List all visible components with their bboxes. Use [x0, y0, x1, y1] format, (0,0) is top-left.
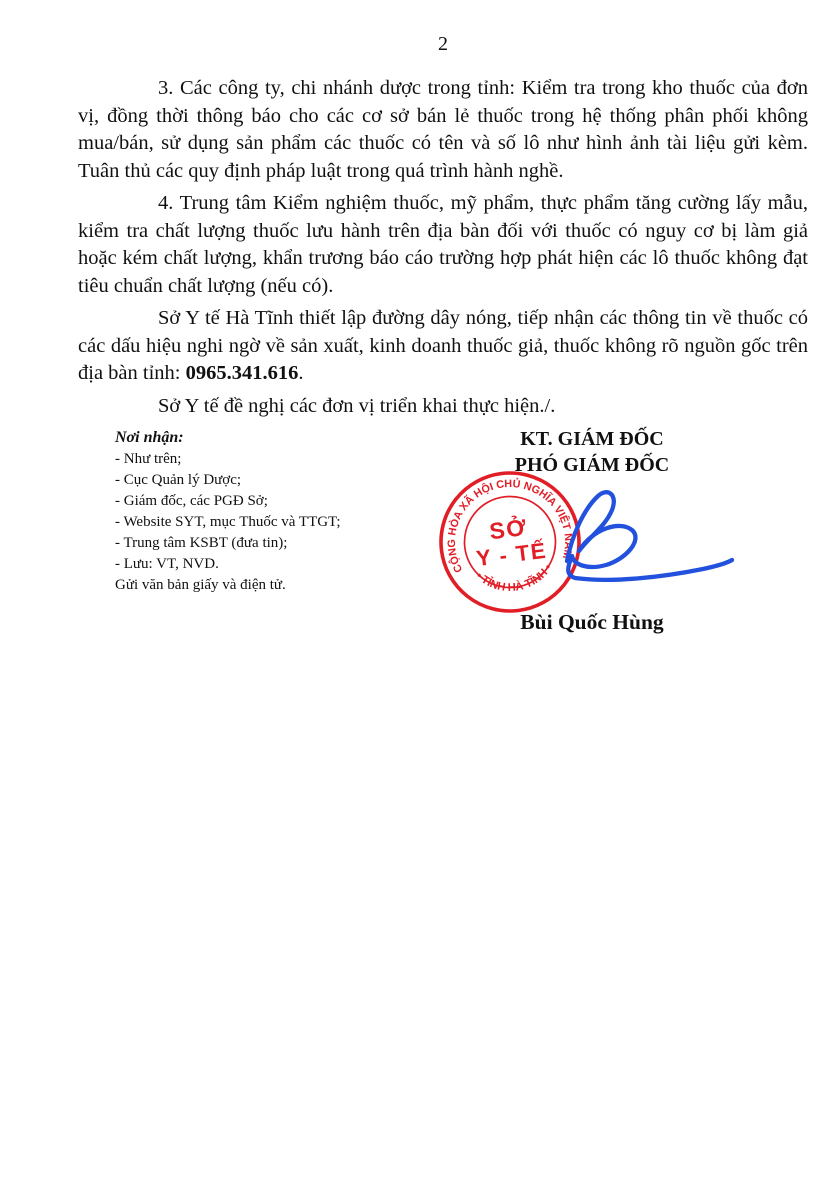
- recipients-heading: Nơi nhận:: [115, 427, 341, 449]
- recipient-item: - Lưu: VT, NVD.: [115, 554, 341, 575]
- recipient-item: - Giám đốc, các PGĐ Sở;: [115, 491, 341, 512]
- paragraph-closing: Sở Y tế đề nghị các đơn vị triển khai th…: [78, 393, 808, 421]
- signature-ink-stroke: [567, 492, 732, 580]
- paragraph-hotline: Sở Y tế Hà Tĩnh thiết lập đường dây nóng…: [78, 305, 808, 388]
- hotline-suffix: .: [298, 362, 303, 384]
- paragraph-4: 4. Trung tâm Kiểm nghiệm thuốc, mỹ phẩm,…: [78, 190, 808, 300]
- signer-name: Bùi Quốc Hùng: [442, 610, 742, 635]
- page-number: 2: [78, 33, 808, 56]
- recipient-item: - Cục Quản lý Dược;: [115, 470, 341, 491]
- paragraph-3: 3. Các công ty, chi nhánh dược trong tỉn…: [78, 75, 808, 185]
- recipients-block: Nơi nhận: - Như trên; - Cục Quản lý Dược…: [115, 427, 341, 596]
- signer-title-kt-giam-doc: KT. GIÁM ĐỐC: [442, 426, 742, 452]
- document-body: 3. Các công ty, chi nhánh dược trong tỉn…: [78, 75, 808, 425]
- recipients-note: Gửi văn bản giấy và điện tử.: [115, 575, 341, 596]
- handwritten-signature: [551, 483, 743, 589]
- hotline-number: 0965.341.616: [186, 362, 299, 384]
- document-page: 2 3. Các công ty, chi nhánh dược trong t…: [0, 0, 836, 1183]
- stamp-center-line2: Y - TẾ: [475, 538, 548, 571]
- recipient-item: - Website SYT, mục Thuốc và TTGT;: [115, 512, 341, 533]
- stamp-center-line1: SỞ: [488, 512, 529, 544]
- recipient-item: - Như trên;: [115, 449, 341, 470]
- recipient-item: - Trung tâm KSBT (đưa tin);: [115, 533, 341, 554]
